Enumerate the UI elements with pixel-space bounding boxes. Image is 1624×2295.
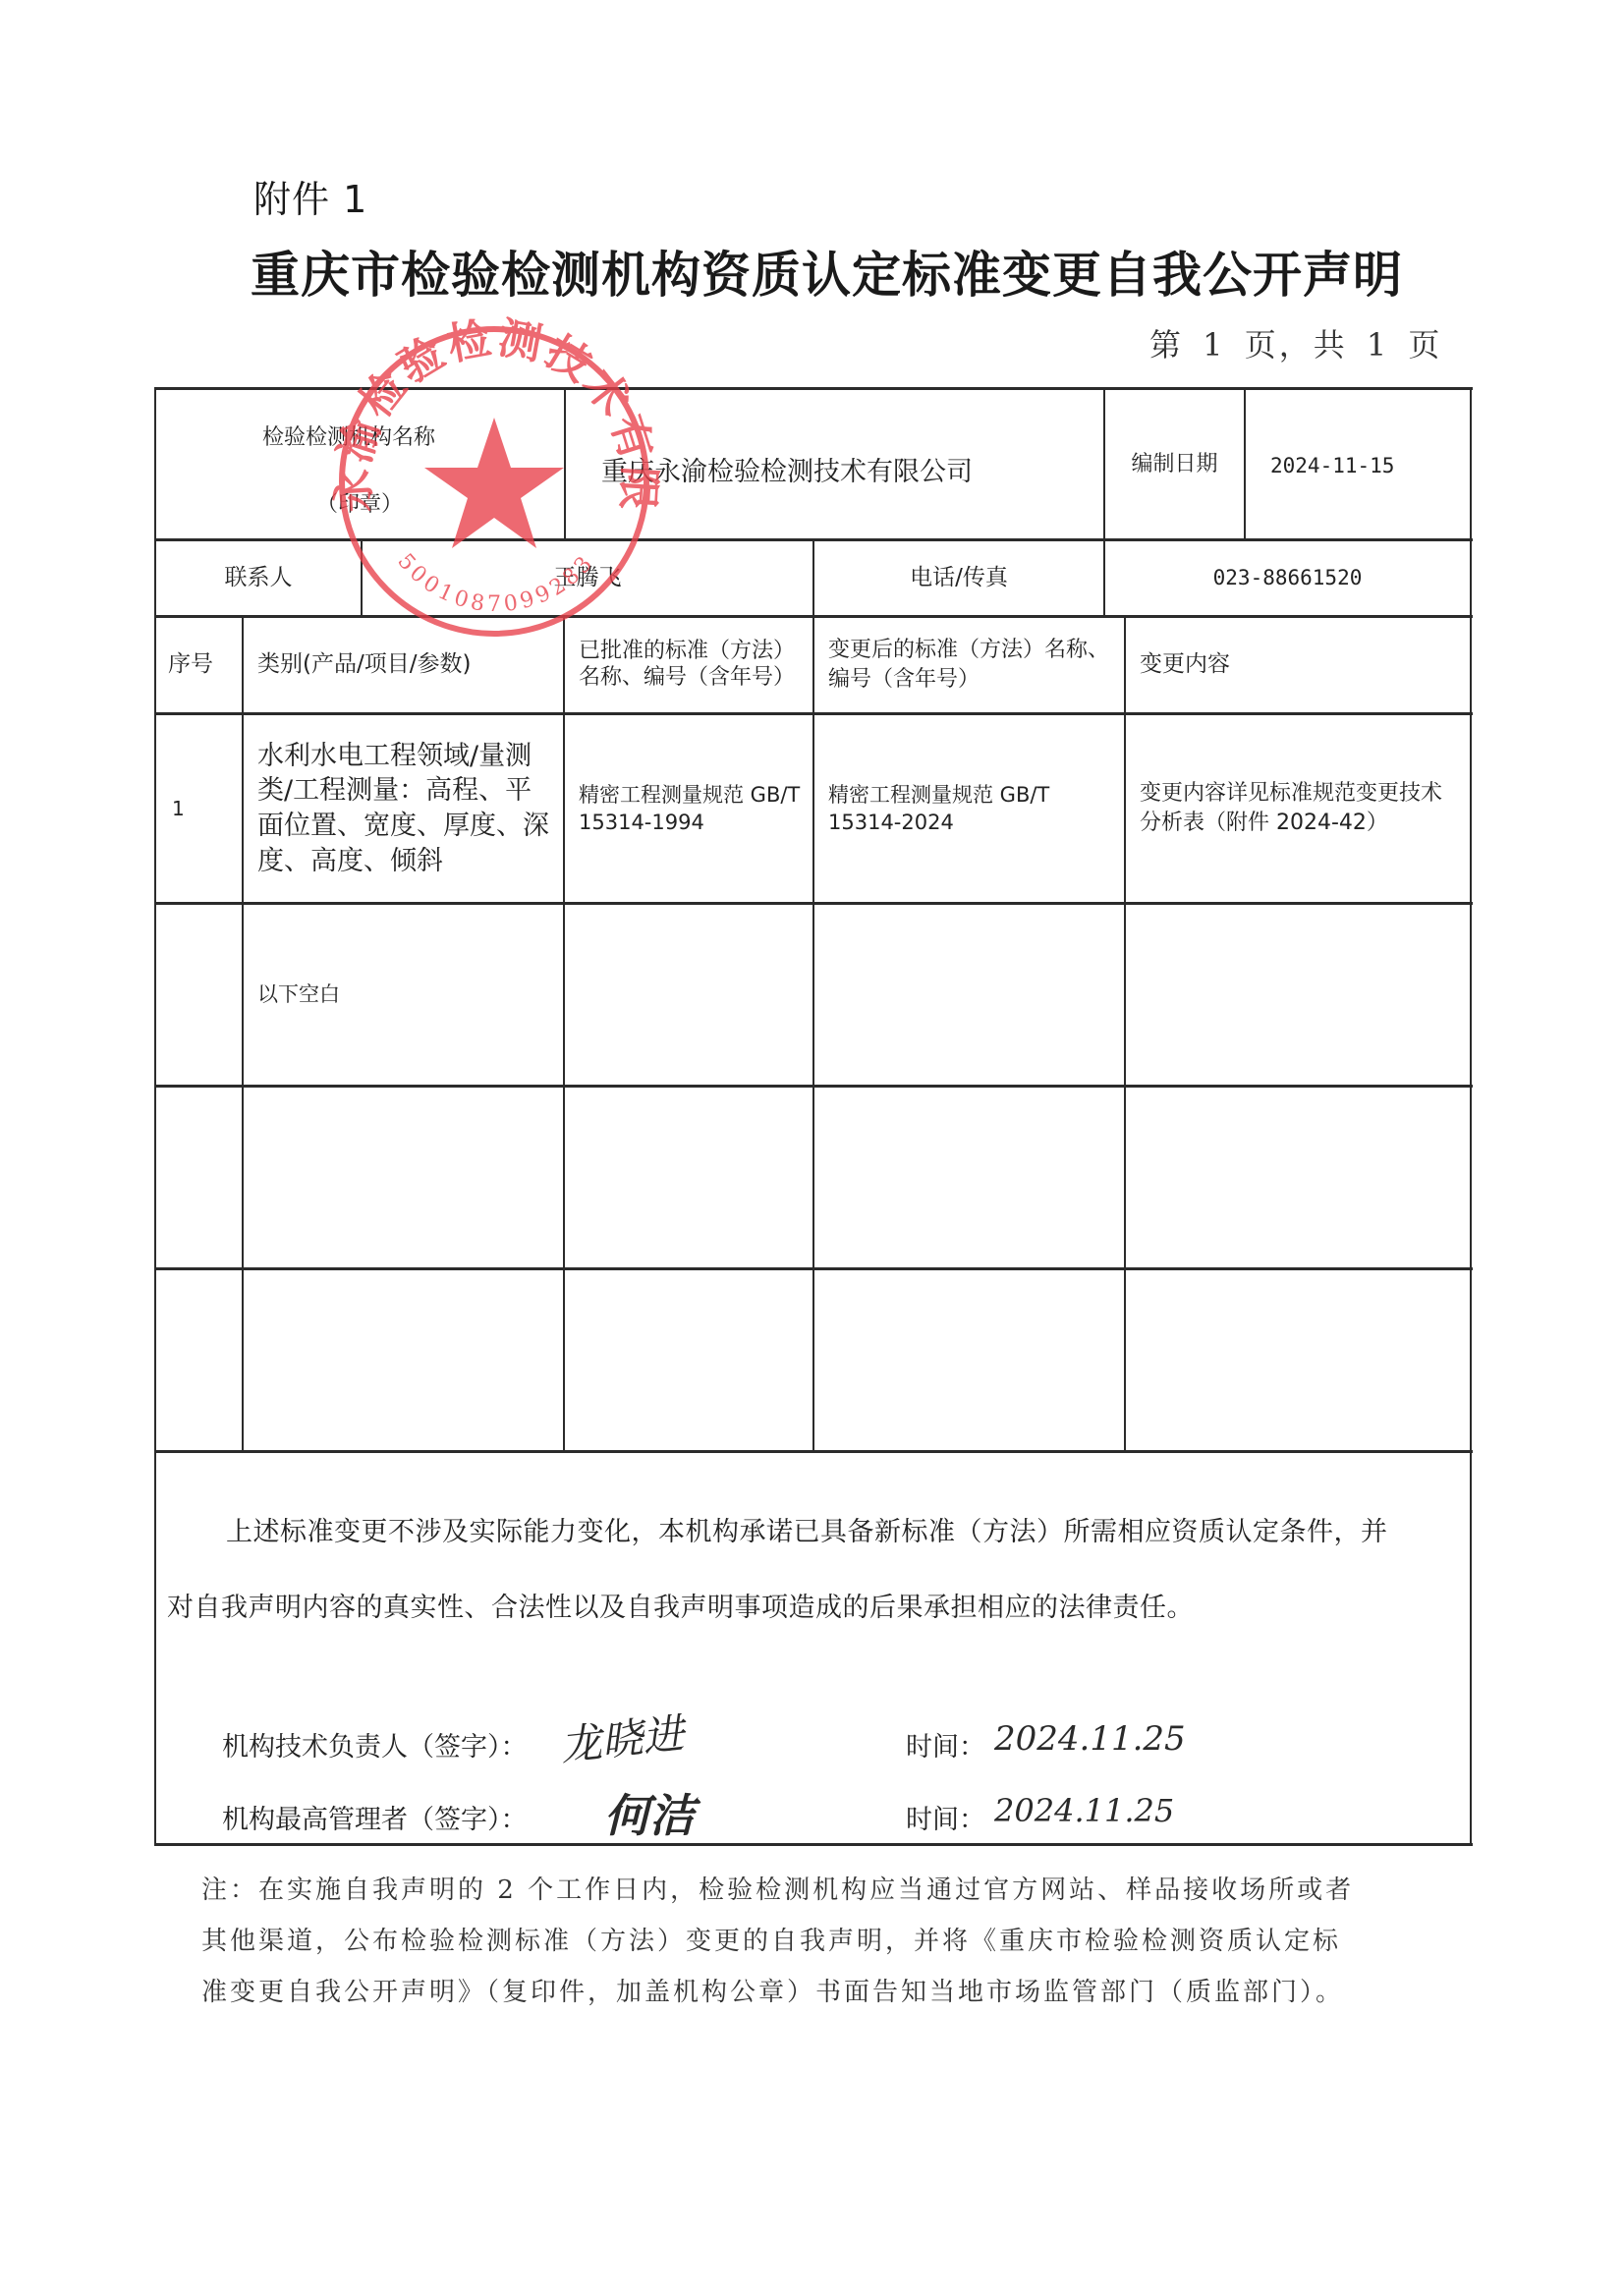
note-line-3: 准变更自我公开声明》（复印件，加盖机构公章）书面告知当地市场监管部门（质监部门）…	[201, 1972, 1344, 2008]
document-title: 重庆市检验检测机构资质认定标准变更自我公开声明	[251, 236, 1403, 307]
tech-lead-time-label: 时间：	[906, 1725, 985, 1763]
col-header-seq: 序号	[156, 618, 242, 712]
tech-lead-signature: 龙晓进	[557, 1702, 687, 1773]
col-divider	[1244, 387, 1246, 540]
tech-lead-label: 机构技术负责人（签字）：	[222, 1725, 528, 1763]
page-indicator: 第 1 页，共 1 页	[1149, 320, 1442, 365]
row-approved-standard: 精密工程测量规范 GB/T 15314-1994	[565, 715, 812, 902]
col-header-change: 变更内容	[1126, 618, 1470, 712]
attachment-label: 附件 1	[253, 169, 367, 223]
top-manager-signature: 何洁	[604, 1780, 695, 1845]
col-header-category: 类别(产品/项目/参数)	[244, 618, 563, 712]
row-category: 水利水电工程领域/量测类/工程测量：高程、平面位置、宽度、厚度、深度、高度、倾斜	[244, 715, 563, 902]
row-change: 变更内容详见标准规范变更技术分析表（附件 2024-42）	[1126, 715, 1470, 902]
col-divider	[564, 387, 566, 540]
col-header-new: 变更后的标准（方法）名称、编号（含年号）	[814, 618, 1124, 712]
contact-value: 王腾飞	[363, 541, 812, 615]
top-manager-time-label: 时间：	[906, 1798, 985, 1836]
phone-label: 电话/传真	[814, 541, 1103, 615]
org-name-value: 重庆永渝检验检测技术有限公司	[601, 450, 973, 488]
seal-star-icon	[424, 418, 564, 548]
table-border-bottom	[154, 1843, 1473, 1846]
row-new-standard: 精密工程测量规范 GB/T 15314-2024	[814, 715, 1124, 902]
date-label: 编制日期	[1105, 390, 1244, 538]
table-border-top	[154, 387, 1473, 390]
top-manager-label: 机构最高管理者（签字）：	[222, 1798, 528, 1836]
note-line-2: 其他渠道，公布检验检测标准（方法）变更的自我声明，并将《重庆市检验检测资质认定标	[201, 1921, 1341, 1957]
phone-value: 023-88661520	[1105, 566, 1470, 589]
declaration-line-2: 对自我声明内容的真实性、合法性以及自我声明事项造成的后果承担相应的法律责任。	[167, 1586, 1194, 1624]
col-header-approved: 已批准的标准（方法）名称、编号（含年号）	[565, 618, 812, 712]
table-border-right	[1470, 387, 1472, 1845]
declaration-line-1: 上述标准变更不涉及实际能力变化，本机构承诺已具备新标准（方法）所需相应资质认定条…	[226, 1510, 1388, 1548]
tech-lead-time: 2024.11.25	[994, 1719, 1186, 1759]
note-line-1: 注：在实施自我声明的 2 个工作日内，检验检测机构应当通过官方网站、样品接收场所…	[201, 1870, 1354, 1906]
row-seq: 1	[156, 715, 242, 902]
seal-label: （印章）	[316, 487, 403, 518]
date-value: 2024-11-15	[1270, 454, 1394, 477]
top-manager-time: 2024.11.25	[994, 1792, 1174, 1829]
row-blank-note: 以下空白	[244, 905, 563, 1085]
contact-label: 联系人	[156, 541, 361, 615]
org-name-label: 检验检测机构名称	[262, 420, 435, 451]
